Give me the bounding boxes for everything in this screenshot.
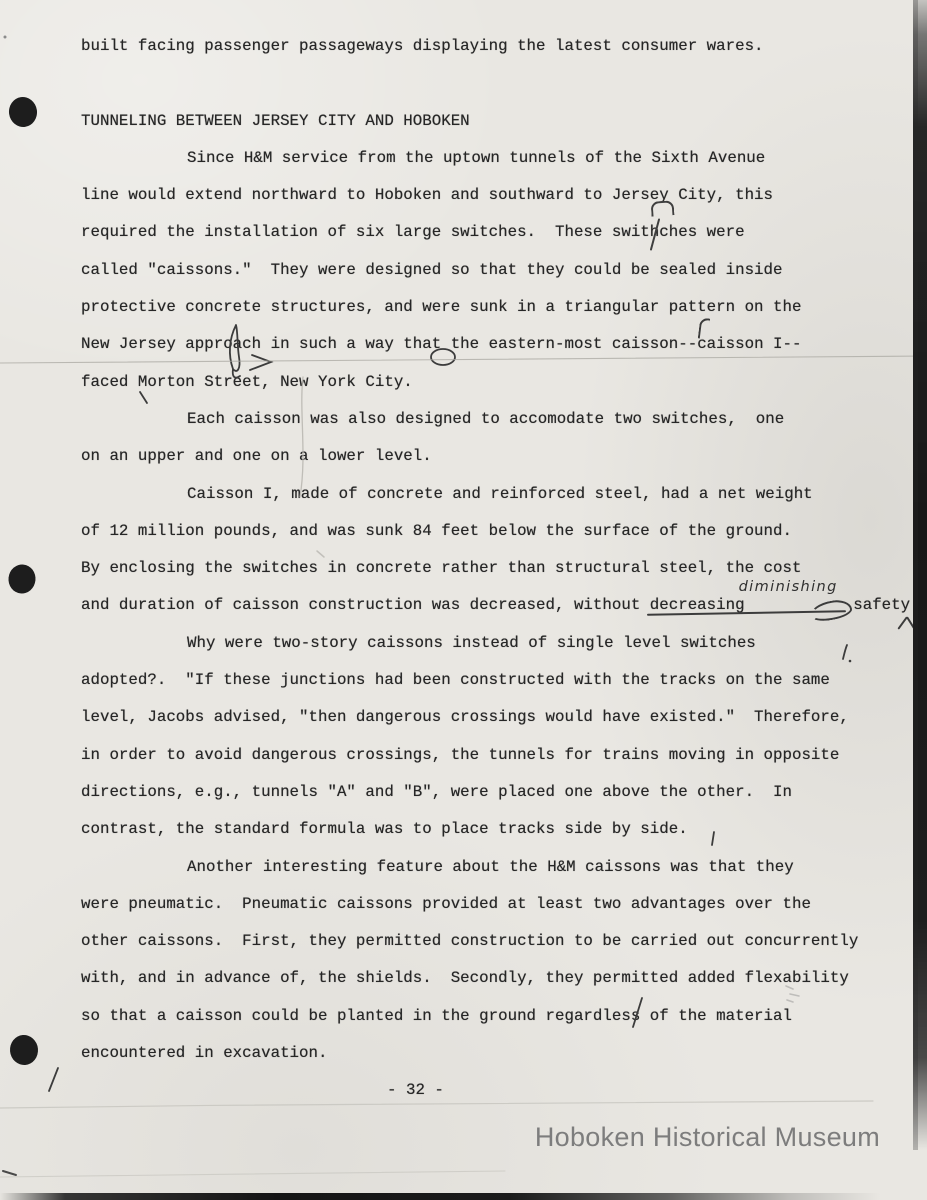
typed-line: in order to avoid dangerous crossings, t… bbox=[81, 737, 927, 774]
typed-line: adopted?. "If these junctions had been c… bbox=[81, 662, 927, 699]
typed-line: and duration of caisson construction was… bbox=[81, 587, 927, 624]
typed-line: Since H&M service from the uptown tunnel… bbox=[81, 140, 927, 177]
typed-line: Each caisson was also designed to accomo… bbox=[81, 401, 927, 438]
watermark: Hoboken Historical Museum bbox=[535, 1122, 880, 1153]
typed-line: on an upper and one on a lower level. bbox=[81, 438, 927, 475]
typed-line: with, and in advance of, the shields. Se… bbox=[81, 960, 927, 997]
page-number: - 32 - bbox=[81, 1072, 927, 1109]
typed-line: so that a caisson could be planted in th… bbox=[81, 998, 927, 1035]
typed-line: contrast, the standard formula was to pl… bbox=[81, 811, 927, 848]
horizontal-crease-bottom bbox=[0, 1171, 505, 1177]
typed-line: built facing passenger passageways displ… bbox=[81, 28, 927, 65]
typed-line: protective concrete structures, and were… bbox=[81, 289, 927, 326]
blank-line bbox=[81, 65, 927, 102]
dark-tick-bottom-left bbox=[3, 1171, 16, 1175]
typed-lines: built facing passenger passageways displ… bbox=[0, 0, 927, 1110]
page-edge-shadow-bottom bbox=[0, 1193, 927, 1200]
typed-line: line would extend northward to Hoboken a… bbox=[81, 177, 927, 214]
typed-line: other caissons. First, they permitted co… bbox=[81, 923, 927, 960]
typed-line: directions, e.g., tunnels "A" and "B", w… bbox=[81, 774, 927, 811]
typed-line: encountered in excavation. bbox=[81, 1035, 927, 1072]
typed-line: required the installation of six large s… bbox=[81, 214, 927, 251]
typed-line: of 12 million pounds, and was sunk 84 fe… bbox=[81, 513, 927, 550]
typed-line: level, Jacobs advised, "then dangerous c… bbox=[81, 699, 927, 736]
typed-line: Another interesting feature about the H&… bbox=[81, 849, 927, 886]
typed-line: were pneumatic. Pneumatic caissons provi… bbox=[81, 886, 927, 923]
strike-word: decreasingdiminishing bbox=[650, 596, 844, 614]
typed-line: Why were two-story caissons instead of s… bbox=[81, 625, 927, 662]
typed-line: New Jersey approach in such a way that t… bbox=[81, 326, 927, 363]
typed-line: faced Morton Street, New York City. bbox=[81, 364, 927, 401]
del-char: h bbox=[650, 223, 659, 241]
typed-line: called "caissons." They were designed so… bbox=[81, 252, 927, 289]
handwritten-insertion-word: diminishing bbox=[739, 579, 838, 595]
document-page: built facing passenger passageways displ… bbox=[0, 0, 927, 1200]
typed-line: Caisson I, made of concrete and reinforc… bbox=[81, 476, 927, 513]
page-edge-shadow-right bbox=[913, 0, 927, 1150]
section-heading: TUNNELING BETWEEN JERSEY CITY AND HOBOKE… bbox=[81, 103, 927, 140]
cap-mark: c bbox=[697, 335, 706, 353]
